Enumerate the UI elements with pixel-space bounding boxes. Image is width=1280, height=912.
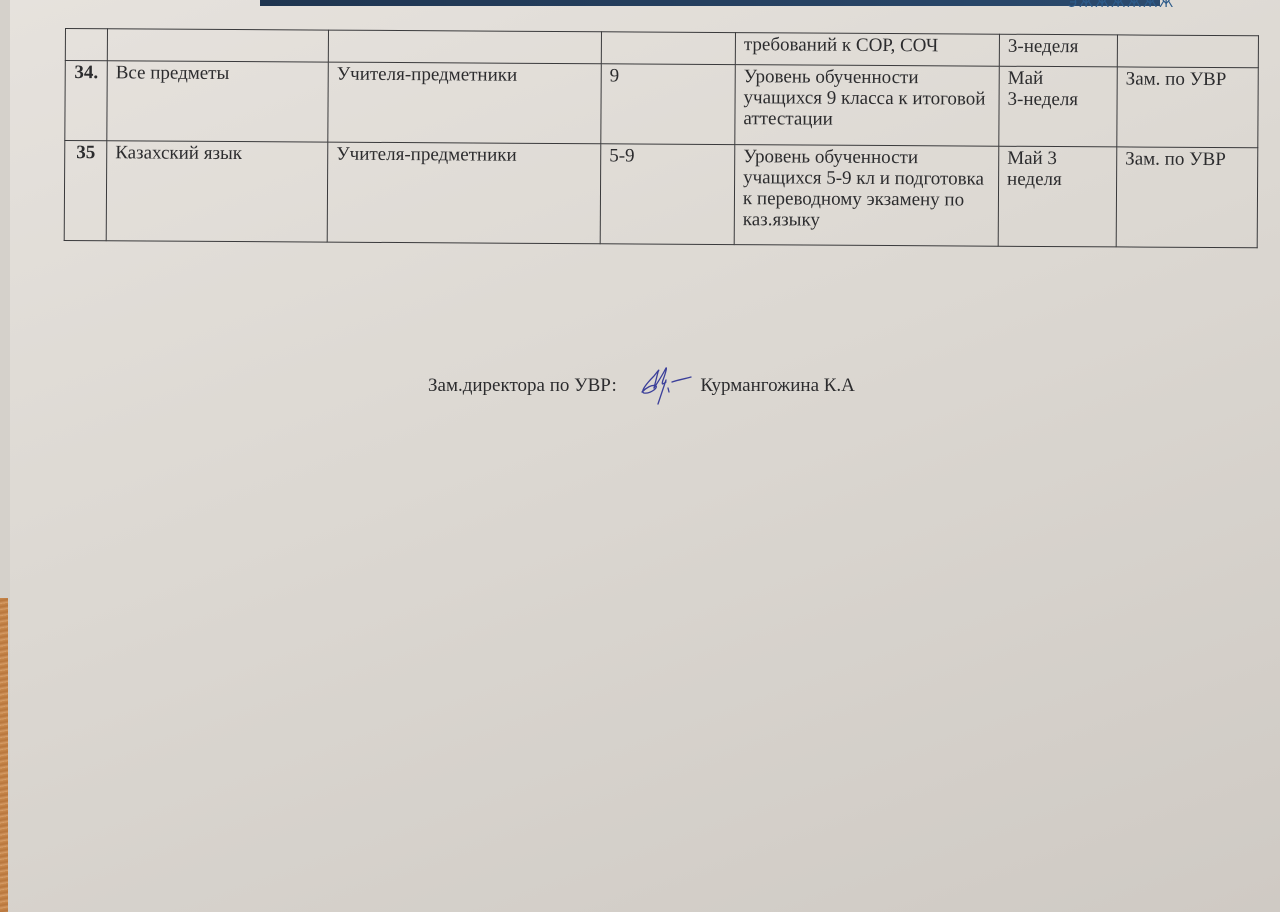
cell-responsible: Учителя-предметники	[327, 142, 601, 244]
cell-subject: Все предметы	[107, 61, 328, 142]
cell-responsible: Учителя-предметники	[328, 62, 601, 144]
handwritten-signature-icon	[636, 362, 694, 406]
cell-content: Уровень обученности учащихся 5-9 кл и по…	[734, 145, 999, 247]
cell-controller: Зам. по УВР	[1116, 147, 1258, 248]
cell-grade: 5-9	[600, 144, 735, 245]
signatory-name: Курмангожина К.А	[700, 375, 855, 396]
table-row: 35 Казахский язык Учителя-предметники 5-…	[64, 141, 1258, 248]
cell-date: 3-неделя	[999, 34, 1117, 67]
cell-number	[65, 29, 107, 61]
cell-number: 35	[64, 141, 107, 241]
wooden-surface	[0, 598, 8, 912]
table-row: 34. Все предметы Учителя-предметники 9 У…	[65, 61, 1258, 148]
cell-subject: Казахский язык	[106, 141, 328, 242]
top-banner-text: ЭЖЖЖЖЖЖ	[1068, 0, 1280, 10]
cell-controller: Зам. по УВР	[1117, 67, 1258, 148]
cell-date: Май 3 неделя	[998, 146, 1117, 247]
cell-subject	[107, 29, 328, 62]
cell-date: Май 3-неделя	[999, 66, 1117, 147]
cell-grade: 9	[601, 64, 735, 145]
cell-grade	[601, 32, 735, 65]
top-blue-bar	[260, 0, 1160, 6]
plan-table: требований к СОР, СОЧ 3-неделя 34. Все п…	[64, 28, 1259, 248]
signature-block: Зам.директора по УВР: Курмангожина К.А	[428, 364, 855, 408]
cell-responsible	[328, 30, 601, 64]
cell-content: требований к СОР, СОЧ	[735, 33, 999, 67]
cell-number: 34.	[65, 61, 107, 141]
signatory-title: Зам.директора по УВР:	[428, 375, 617, 396]
cell-content: Уровень обученности учащихся 9 класса к …	[735, 65, 999, 147]
cell-controller	[1117, 35, 1258, 68]
